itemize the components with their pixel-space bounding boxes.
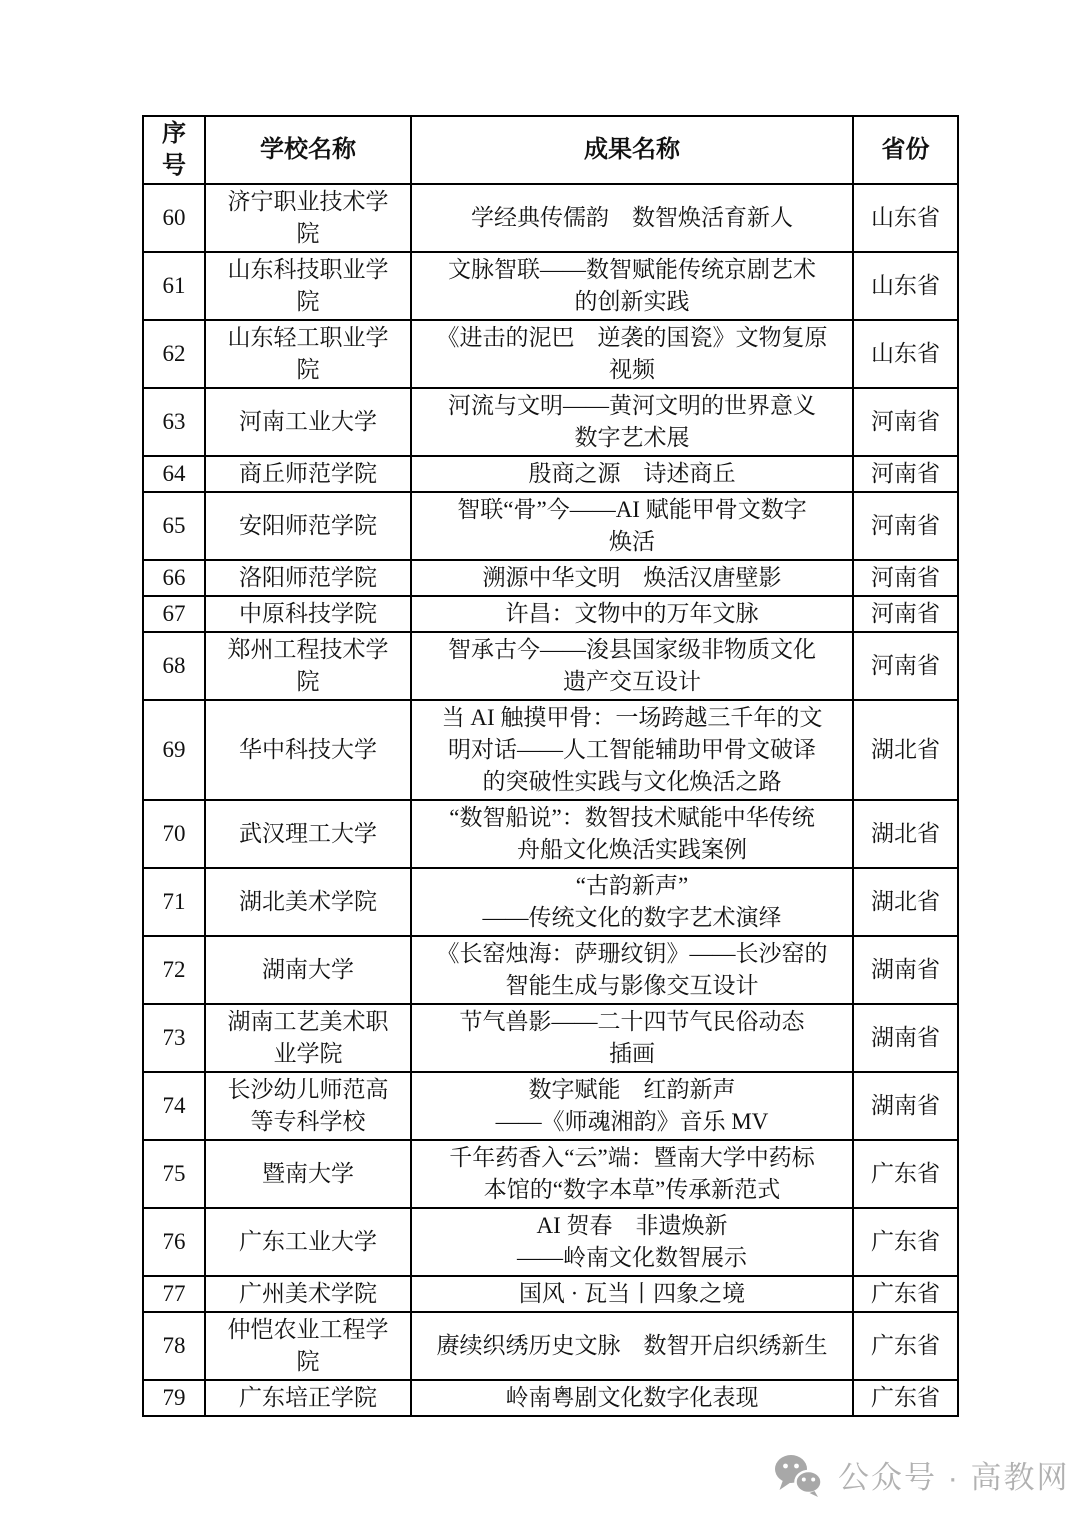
cell-no: 78 xyxy=(143,1312,205,1380)
table-row: 75 暨南大学 千年药香入“云”端：暨南大学中药标 本馆的“数字本草”传承新范式… xyxy=(143,1140,958,1208)
table-row: 65 安阳师范学院 智联“骨”今——AI 赋能甲骨文数字 焕活 河南省 xyxy=(143,492,958,560)
table-row: 76 广东工业大学 AI 贺春 非遗焕新 ——岭南文化数智展示 广东省 xyxy=(143,1208,958,1276)
cell-province: 广东省 xyxy=(853,1208,958,1276)
cell-province: 广东省 xyxy=(853,1276,958,1312)
cell-result: 数字赋能 红韵新声 ——《师魂湘韵》音乐 MV xyxy=(411,1072,853,1140)
cell-province: 河南省 xyxy=(853,492,958,560)
table-row: 60 济宁职业技术学 院 学经典传儒韵 数智焕活育新人 山东省 xyxy=(143,184,958,252)
cell-no: 77 xyxy=(143,1276,205,1312)
cell-result: 岭南粤剧文化数字化表现 xyxy=(411,1380,853,1416)
cell-province: 河南省 xyxy=(853,456,958,492)
wechat-icon xyxy=(772,1453,824,1497)
table-row: 71 湖北美术学院 “古韵新声” ——传统文化的数字艺术演绎 湖北省 xyxy=(143,868,958,936)
cell-result: 溯源中华文明 焕活汉唐壁影 xyxy=(411,560,853,596)
cell-no: 64 xyxy=(143,456,205,492)
cell-result: 当 AI 触摸甲骨：一场跨越三千年的文 明对话——人工智能辅助甲骨文破译 的突破… xyxy=(411,700,853,800)
header-province: 省份 xyxy=(853,116,958,184)
table-row: 77 广州美术学院 国风 · 瓦当丨四象之境 广东省 xyxy=(143,1276,958,1312)
cell-school: 山东科技职业学 院 xyxy=(205,252,411,320)
document-page: { "colors": { "page_background": "#fffff… xyxy=(0,0,1080,1527)
cell-province: 河南省 xyxy=(853,560,958,596)
cell-result: 《长窑烛海：萨珊纹钥》——长沙窑的 智能生成与影像交互设计 xyxy=(411,936,853,1004)
cell-province: 河南省 xyxy=(853,632,958,700)
cell-no: 71 xyxy=(143,868,205,936)
cell-result: AI 贺春 非遗焕新 ——岭南文化数智展示 xyxy=(411,1208,853,1276)
table-row: 67 中原科技学院 许昌：文物中的万年文脉 河南省 xyxy=(143,596,958,632)
table-row: 62 山东轻工职业学 院 《进击的泥巴 逆袭的国瓷》文物复原 视频 山东省 xyxy=(143,320,958,388)
cell-school: 商丘师范学院 xyxy=(205,456,411,492)
watermark: 公众号 · 高教网 xyxy=(772,1452,1070,1497)
cell-no: 72 xyxy=(143,936,205,1004)
header-no: 序 号 xyxy=(143,116,205,184)
cell-province: 湖北省 xyxy=(853,800,958,868)
cell-no: 79 xyxy=(143,1380,205,1416)
cell-province: 广东省 xyxy=(853,1312,958,1380)
cell-school: 洛阳师范学院 xyxy=(205,560,411,596)
cell-school: 济宁职业技术学 院 xyxy=(205,184,411,252)
cell-province: 广东省 xyxy=(853,1140,958,1208)
table-row: 74 长沙幼儿师范高 等专科学校 数字赋能 红韵新声 ——《师魂湘韵》音乐 MV… xyxy=(143,1072,958,1140)
cell-result: 千年药香入“云”端：暨南大学中药标 本馆的“数字本草”传承新范式 xyxy=(411,1140,853,1208)
results-table: 序 号 学校名称 成果名称 省份 60 济宁职业技术学 院 学经典传儒韵 数智焕… xyxy=(142,115,959,1417)
cell-school: 山东轻工职业学 院 xyxy=(205,320,411,388)
table-row: 72 湖南大学 《长窑烛海：萨珊纹钥》——长沙窑的 智能生成与影像交互设计 湖南… xyxy=(143,936,958,1004)
cell-no: 74 xyxy=(143,1072,205,1140)
cell-province: 河南省 xyxy=(853,596,958,632)
header-result: 成果名称 xyxy=(411,116,853,184)
cell-no: 65 xyxy=(143,492,205,560)
cell-province: 山东省 xyxy=(853,320,958,388)
cell-school: 中原科技学院 xyxy=(205,596,411,632)
cell-no: 76 xyxy=(143,1208,205,1276)
cell-no: 73 xyxy=(143,1004,205,1072)
cell-school: 广州美术学院 xyxy=(205,1276,411,1312)
cell-no: 75 xyxy=(143,1140,205,1208)
cell-province: 湖南省 xyxy=(853,936,958,1004)
cell-school: 安阳师范学院 xyxy=(205,492,411,560)
cell-school: 湖南大学 xyxy=(205,936,411,1004)
cell-no: 60 xyxy=(143,184,205,252)
cell-no: 61 xyxy=(143,252,205,320)
cell-result: 殷商之源 诗述商丘 xyxy=(411,456,853,492)
cell-no: 66 xyxy=(143,560,205,596)
cell-school: 长沙幼儿师范高 等专科学校 xyxy=(205,1072,411,1140)
cell-province: 广东省 xyxy=(853,1380,958,1416)
cell-result: 国风 · 瓦当丨四象之境 xyxy=(411,1276,853,1312)
cell-school: 河南工业大学 xyxy=(205,388,411,456)
cell-result: “古韵新声” ——传统文化的数字艺术演绎 xyxy=(411,868,853,936)
cell-province: 河南省 xyxy=(853,388,958,456)
cell-school: 湖北美术学院 xyxy=(205,868,411,936)
cell-school: 广东培正学院 xyxy=(205,1380,411,1416)
watermark-text: 公众号 · 高教网 xyxy=(838,1452,1070,1497)
cell-no: 69 xyxy=(143,700,205,800)
cell-province: 山东省 xyxy=(853,184,958,252)
cell-school: 暨南大学 xyxy=(205,1140,411,1208)
table-row: 70 武汉理工大学 “数智船说”：数智技术赋能中华传统 舟船文化焕活实践案例 湖… xyxy=(143,800,958,868)
cell-school: 华中科技大学 xyxy=(205,700,411,800)
table-row: 79 广东培正学院 岭南粤剧文化数字化表现 广东省 xyxy=(143,1380,958,1416)
cell-no: 67 xyxy=(143,596,205,632)
cell-no: 62 xyxy=(143,320,205,388)
table-row: 68 郑州工程技术学 院 智承古今——浚县国家级非物质文化 遗产交互设计 河南省 xyxy=(143,632,958,700)
cell-no: 63 xyxy=(143,388,205,456)
cell-school: 仲恺农业工程学 院 xyxy=(205,1312,411,1380)
header-school: 学校名称 xyxy=(205,116,411,184)
cell-school: 郑州工程技术学 院 xyxy=(205,632,411,700)
table-row: 66 洛阳师范学院 溯源中华文明 焕活汉唐壁影 河南省 xyxy=(143,560,958,596)
cell-province: 湖北省 xyxy=(853,868,958,936)
cell-result: 河流与文明——黄河文明的世界意义 数字艺术展 xyxy=(411,388,853,456)
cell-no: 70 xyxy=(143,800,205,868)
table-row: 78 仲恺农业工程学 院 赓续织绣历史文脉 数智开启织绣新生 广东省 xyxy=(143,1312,958,1380)
cell-school: 广东工业大学 xyxy=(205,1208,411,1276)
cell-result: 节气兽影——二十四节气民俗动态 插画 xyxy=(411,1004,853,1072)
cell-result: 《进击的泥巴 逆袭的国瓷》文物复原 视频 xyxy=(411,320,853,388)
cell-result: 文脉智联——数智赋能传统京剧艺术 的创新实践 xyxy=(411,252,853,320)
results-table-header: 序 号 学校名称 成果名称 省份 xyxy=(143,116,958,184)
cell-province: 山东省 xyxy=(853,252,958,320)
results-table-body: 60 济宁职业技术学 院 学经典传儒韵 数智焕活育新人 山东省 61 山东科技职… xyxy=(143,184,958,1416)
cell-school: 湖南工艺美术职 业学院 xyxy=(205,1004,411,1072)
cell-result: 学经典传儒韵 数智焕活育新人 xyxy=(411,184,853,252)
table-row: 69 华中科技大学 当 AI 触摸甲骨：一场跨越三千年的文 明对话——人工智能辅… xyxy=(143,700,958,800)
table-row: 73 湖南工艺美术职 业学院 节气兽影——二十四节气民俗动态 插画 湖南省 xyxy=(143,1004,958,1072)
cell-result: 许昌：文物中的万年文脉 xyxy=(411,596,853,632)
cell-result: 赓续织绣历史文脉 数智开启织绣新生 xyxy=(411,1312,853,1380)
cell-province: 湖南省 xyxy=(853,1072,958,1140)
cell-result: “数智船说”：数智技术赋能中华传统 舟船文化焕活实践案例 xyxy=(411,800,853,868)
cell-province: 湖南省 xyxy=(853,1004,958,1072)
cell-result: 智承古今——浚县国家级非物质文化 遗产交互设计 xyxy=(411,632,853,700)
table-row: 64 商丘师范学院 殷商之源 诗述商丘 河南省 xyxy=(143,456,958,492)
cell-school: 武汉理工大学 xyxy=(205,800,411,868)
cell-result: 智联“骨”今——AI 赋能甲骨文数字 焕活 xyxy=(411,492,853,560)
cell-no: 68 xyxy=(143,632,205,700)
table-row: 63 河南工业大学 河流与文明——黄河文明的世界意义 数字艺术展 河南省 xyxy=(143,388,958,456)
table-row: 61 山东科技职业学 院 文脉智联——数智赋能传统京剧艺术 的创新实践 山东省 xyxy=(143,252,958,320)
header-row: 序 号 学校名称 成果名称 省份 xyxy=(143,116,958,184)
cell-province: 湖北省 xyxy=(853,700,958,800)
